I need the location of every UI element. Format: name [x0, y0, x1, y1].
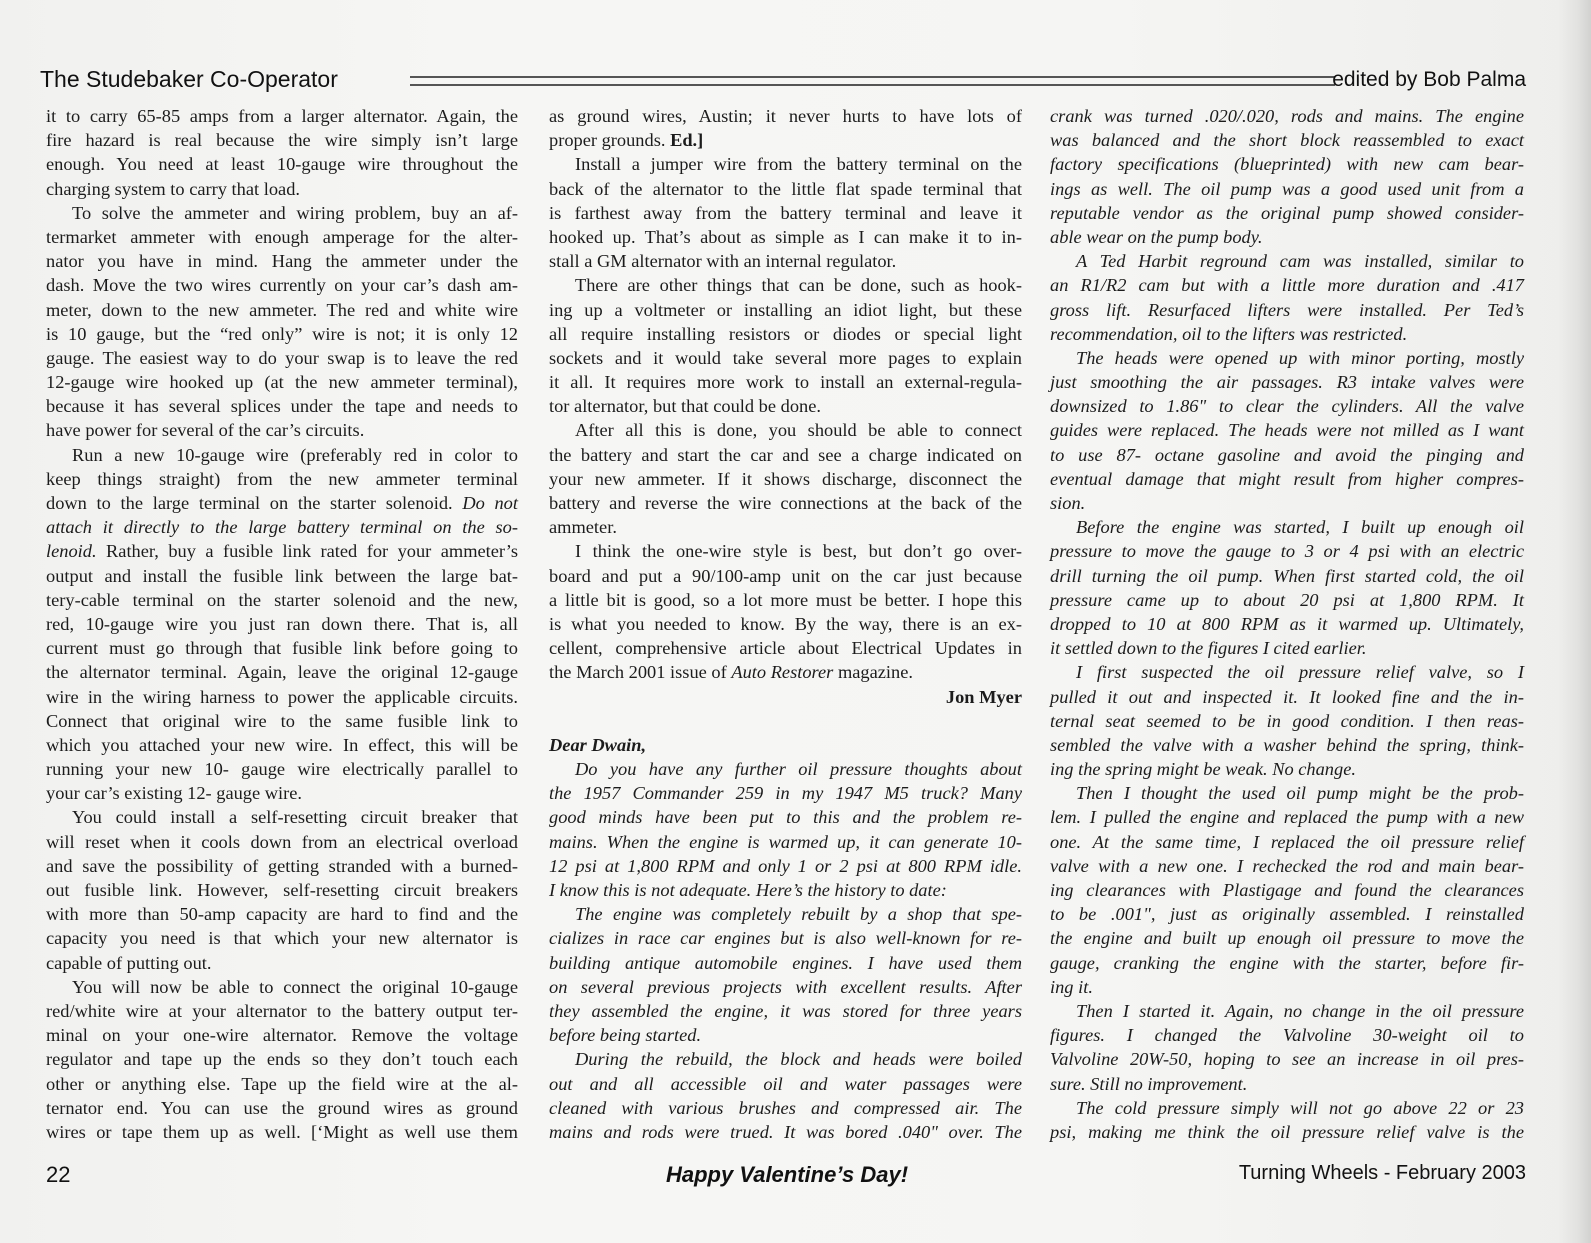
text-line: a little bit is good, so a lot more must… [549, 588, 1022, 612]
text-line: lem. I pulled the engine and replaced th… [1050, 805, 1524, 829]
text-line: capacity you need is that which your new… [46, 926, 518, 950]
text-line: cellent, comprehensive article about Ele… [549, 636, 1022, 660]
text-line: A Ted Harbit reground cam was installed,… [1050, 249, 1524, 273]
text-line: termarket ammeter with enough amperage f… [46, 225, 518, 249]
footer-greeting: Happy Valentine’s Day! [666, 1162, 908, 1188]
text-line: gauge. The easiest way to do your swap i… [46, 346, 518, 370]
text-line: is what you needed to know. By the way, … [549, 612, 1022, 636]
text-line: is 10 gauge, but the “red only” wire is … [46, 322, 518, 346]
text-line: I first suspected the oil pressure relie… [1050, 660, 1524, 684]
text-line: which you attached your new wire. In eff… [46, 733, 518, 757]
text-line: I know this is not adequate. Here’s the … [549, 878, 1022, 902]
text-line: out and all accessible oil and water pas… [549, 1072, 1022, 1096]
text-line: all require installing resistors or diod… [549, 322, 1022, 346]
text-line: capable of putting out. [46, 951, 518, 975]
text-line: Then I started it. Again, no change in t… [1050, 999, 1524, 1023]
article-column-1: it to carry 65-85 amps from a larger alt… [46, 104, 518, 1144]
text-line: out fusible link. However, self-resettin… [46, 878, 518, 902]
column-title: The Studebaker Co-Operator [40, 66, 338, 93]
text-line: output and install the fusible link betw… [46, 564, 518, 588]
text-line: with more than 50-amp capacity are hard … [46, 902, 518, 926]
text-line: cleaned with various brushes and compres… [549, 1096, 1022, 1120]
text-line: 12 psi at 1,800 RPM and only 1 or 2 psi … [549, 854, 1022, 878]
text-line: eventual damage that might result from h… [1050, 467, 1524, 491]
text-line: Then I thought the used oil pump might b… [1050, 781, 1524, 805]
text-line: the battery and start the car and see a … [549, 443, 1022, 467]
text-line: ing clearances with Plastigage and found… [1050, 878, 1524, 902]
text-line: red, 10-gauge wire you just ran down the… [46, 612, 518, 636]
text-line: your car’s existing 12- gauge wire. [46, 781, 518, 805]
text-line: psi, making me think the oil pressure re… [1050, 1120, 1524, 1144]
text-line: tor alternator, but that could be done. [549, 394, 1022, 418]
text-line: stall a GM alternator with an internal r… [549, 249, 1022, 273]
text-line: You will now be able to connect the orig… [46, 975, 518, 999]
text-line: it to carry 65-85 amps from a larger alt… [46, 104, 518, 128]
text-line: reputable vendor as the original pump sh… [1050, 201, 1524, 225]
text-line: gross lift. Resurfaced lifters were inst… [1050, 298, 1524, 322]
text-line: able wear on the pump body. [1050, 225, 1524, 249]
text-line: The engine was completely rebuilt by a s… [549, 902, 1022, 926]
text-line: meter, down to the new ammeter. The red … [46, 298, 518, 322]
text-line: wires or tape them up as well. [‘Might a… [46, 1120, 518, 1144]
text-line: ings as well. The oil pump was a good us… [1050, 177, 1524, 201]
article-column-3: crank was turned .020/.020, rods and mai… [1050, 104, 1524, 1144]
text-line: ing the spring might be weak. No change. [1050, 757, 1524, 781]
text-line: current must go through that fusible lin… [46, 636, 518, 660]
text-line: and save the possibility of getting stra… [46, 854, 518, 878]
text-line: figures. I changed the Valvoline 30-weig… [1050, 1023, 1524, 1047]
text-line: sion. [1050, 491, 1524, 515]
text-line: ing up a voltmeter or installing an idio… [549, 298, 1022, 322]
text-line: building antique automobile engines. I h… [549, 951, 1022, 975]
text-line: pulled it out and inspected it. It looke… [1050, 685, 1524, 709]
text-line: other or anything else. Tape up the fiel… [46, 1072, 518, 1096]
text-line: Run a new 10-gauge wire (preferably red … [46, 443, 518, 467]
text-line: regulator and tape up the ends so they d… [46, 1047, 518, 1071]
text-line: was balanced and the short block reassem… [1050, 128, 1524, 152]
text-line: sembled the valve with a washer behind t… [1050, 733, 1524, 757]
text-line: dash. Move the two wires currently on yo… [46, 273, 518, 297]
author-signature: Jon Myer [549, 685, 1022, 709]
text-line: downsized to 1.86" to clear the cylinder… [1050, 394, 1524, 418]
text-line: the alternator terminal. Again, leave th… [46, 660, 518, 684]
page-header: The Studebaker Co-Operator edited by Bob… [40, 66, 1526, 98]
text-line: good minds have been put to this and the… [549, 805, 1022, 829]
text-line: it all. It requires more work to install… [549, 370, 1022, 394]
text-line: will reset when it cools down from an el… [46, 830, 518, 854]
publication-issue: Turning Wheels - February 2003 [1239, 1162, 1526, 1185]
text-line: There are other things that can be done,… [549, 273, 1022, 297]
text-line: back of the alternator to the little fla… [549, 177, 1022, 201]
text-line: Install a jumper wire from the battery t… [549, 152, 1022, 176]
text-line: Do you have any further oil pressure tho… [549, 757, 1022, 781]
text-line: it settled down to the figures I cited e… [1050, 636, 1524, 660]
text-line: cializes in race car engines but is also… [549, 926, 1022, 950]
text-line: running your new 10- gauge wire electric… [46, 757, 518, 781]
text-line: After all this is done, you should be ab… [549, 418, 1022, 442]
text-line: mains and rods were trued. It was bored … [549, 1120, 1022, 1144]
text-line: You could install a self-resetting circu… [46, 805, 518, 829]
page-number: 22 [46, 1162, 70, 1188]
text-line: factory specifications (blueprinted) wit… [1050, 152, 1524, 176]
text-line: pressure came up to about 20 psi at 1,80… [1050, 588, 1524, 612]
text-line: your new ammeter. If it shows discharge,… [549, 467, 1022, 491]
header-double-rule [410, 76, 1335, 86]
column-editor-credit: edited by Bob Palma [1332, 68, 1526, 92]
text-line: is farthest away from the battery termin… [549, 201, 1022, 225]
text-line: enough. You need at least 10-gauge wire … [46, 152, 518, 176]
text-line: mains. When the engine is warmed up, it … [549, 830, 1022, 854]
text-line: minal on your one-wire alternator. Remov… [46, 1023, 518, 1047]
text-line: hooked up. That’s about as simple as I c… [549, 225, 1022, 249]
text-line: red/white wire at your alternator to the… [46, 999, 518, 1023]
text-line: they assembled the engine, it was stored… [549, 999, 1022, 1023]
text-line: just smoothing the air passages. R3 inta… [1050, 370, 1524, 394]
text-line [549, 709, 1022, 733]
text-line: I think the one-wire style is best, but … [549, 539, 1022, 563]
text-line: sockets and it would take several more p… [549, 346, 1022, 370]
text-line: attach it directly to the large battery … [46, 515, 518, 539]
text-line: charging system to carry that load. [46, 177, 518, 201]
text-line: board and put a 90/100-amp unit on the c… [549, 564, 1022, 588]
text-line: before being started. [549, 1023, 1022, 1047]
text-line: valve with a new one. I rechecked the ro… [1050, 854, 1524, 878]
text-line: sure. Still no improvement. [1050, 1072, 1524, 1096]
text-line: fire hazard is real because the wire sim… [46, 128, 518, 152]
text-line: have power for several of the car’s circ… [46, 418, 518, 442]
text-line: During the rebuild, the block and heads … [549, 1047, 1022, 1071]
text-line: the March 2001 issue of Auto Restorer ma… [549, 660, 1022, 684]
page-binding-shadow [1557, 0, 1591, 1243]
text-line: recommendation, oil to the lifters was r… [1050, 322, 1524, 346]
text-line: Valvoline 20W-50, hoping to see an incre… [1050, 1047, 1524, 1071]
text-line: ternal seat seemed to be in good conditi… [1050, 709, 1524, 733]
text-line: The heads were opened up with minor port… [1050, 346, 1524, 370]
text-line: gauge, cranking the engine with the star… [1050, 951, 1524, 975]
text-line: one. At the same time, I replaced the oi… [1050, 830, 1524, 854]
article-column-2: as ground wires, Austin; it never hurts … [549, 104, 1022, 1144]
text-line: because it has several splices under the… [46, 394, 518, 418]
text-line: keep things straight) from the new ammet… [46, 467, 518, 491]
text-line: ammeter. [549, 515, 1022, 539]
text-line: the engine and built up enough oil press… [1050, 926, 1524, 950]
text-line: an R1/R2 cam but with a little more dura… [1050, 273, 1524, 297]
text-line: to be .001", just as originally assemble… [1050, 902, 1524, 926]
text-line: The cold pressure simply will not go abo… [1050, 1096, 1524, 1120]
page-footer: 22 Happy Valentine’s Day! Turning Wheels… [46, 1162, 1526, 1192]
text-line: wire in the wiring harness to power the … [46, 685, 518, 709]
text-line: To solve the ammeter and wiring problem,… [46, 201, 518, 225]
text-line: ing it. [1050, 975, 1524, 999]
text-line: as ground wires, Austin; it never hurts … [549, 104, 1022, 128]
text-line: Connect that original wire to the same f… [46, 709, 518, 733]
letter-salutation: Dear Dwain, [549, 733, 1022, 757]
text-line: ternator end. You can use the ground wir… [46, 1096, 518, 1120]
text-line: the 1957 Commander 259 in my 1947 M5 tru… [549, 781, 1022, 805]
text-line: Before the engine was started, I built u… [1050, 515, 1524, 539]
text-line: tery-cable terminal on the starter solen… [46, 588, 518, 612]
text-line: down to the large terminal on the starte… [46, 491, 518, 515]
text-line: on several previous projects with excell… [549, 975, 1022, 999]
text-line: lenoid. Rather, buy a fusible link rated… [46, 539, 518, 563]
text-line: to use 87- octane gasoline and avoid the… [1050, 443, 1524, 467]
text-line: proper grounds. Ed.] [549, 128, 1022, 152]
text-line: pressure to move the gauge to 3 or 4 psi… [1050, 539, 1524, 563]
text-line: crank was turned .020/.020, rods and mai… [1050, 104, 1524, 128]
text-line: drill turning the oil pump. When first s… [1050, 564, 1524, 588]
text-line: 12-gauge wire hooked up (at the new amme… [46, 370, 518, 394]
text-line: battery and reverse the wire connections… [549, 491, 1022, 515]
text-line: dropped to 10 at 800 RPM as it warmed up… [1050, 612, 1524, 636]
text-line: guides were replaced. The heads were not… [1050, 418, 1524, 442]
text-line: nator you have in mind. Hang the ammeter… [46, 249, 518, 273]
